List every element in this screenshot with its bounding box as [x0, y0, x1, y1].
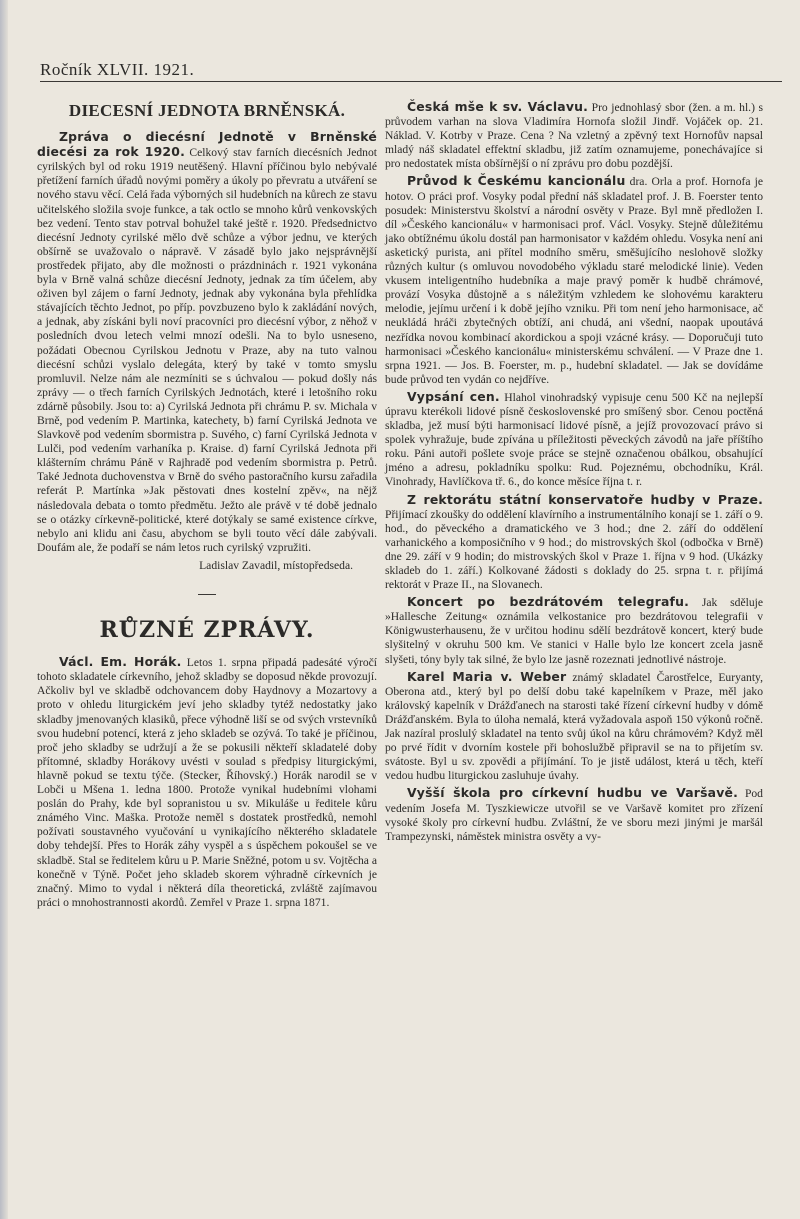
article-body: Hlahol vinohradský vypisuje cenu 500 Kč … — [385, 391, 763, 489]
article-vypsani-cen: Vypsání cen. Hlahol vinohradský vypisuje… — [385, 390, 763, 490]
article-signature: Ladislav Zavadil, místopředseda. — [37, 559, 377, 573]
article-body: Letos 1. srpna připadá padesáté výročí t… — [37, 656, 377, 909]
section-heading-diecesni-jednota: DIECESNÍ JEDNOTA BRNĚNSKÁ. — [37, 104, 377, 118]
article-konservator: Z rektorátu státní konservatoře hudby v … — [385, 493, 763, 593]
article-body: Přijímací zkoušky do oddělení klavírního… — [385, 508, 763, 591]
section-divider — [37, 587, 377, 601]
article-body: známý skladatel Čarostřelce, Euryanty, O… — [385, 671, 763, 783]
article-body: Celkový stav farních diecésních Jednot c… — [37, 146, 377, 554]
article-pruvod-kancional: Průvod k Českému kancionálu dra. Orla a … — [385, 174, 763, 386]
article-lead: Koncert po bezdrátovém telegrafu. — [407, 594, 689, 609]
article-body: dra. Orla a prof. Hornofa je hotov. O pr… — [385, 175, 763, 385]
article-horak: Václ. Em. Horák. Letos 1. srpna připadá … — [37, 655, 377, 910]
volume-title: Ročník XLVII. 1921. — [40, 60, 194, 79]
article-varsava: Vyšší škola pro církevní hudbu ve Varšav… — [385, 786, 763, 843]
article-ceska-mse: Česká mše k sv. Václavu. Pro jednohlasý … — [385, 100, 763, 171]
right-column: Česká mše k sv. Václavu. Pro jednohlasý … — [385, 100, 763, 847]
article-koncert-telegraf: Koncert po bezdrátovém telegrafu. Jak sd… — [385, 595, 763, 666]
article-lead: Vyšší škola pro církevní hudbu ve Varšav… — [407, 785, 738, 800]
article-lead: Václ. Em. Horák. — [59, 654, 182, 669]
article-lead: Vypsání cen. — [407, 389, 500, 404]
page-header: Ročník XLVII. 1921. — [40, 60, 785, 80]
article-lead: Z rektorátu státní konservatoře hudby v … — [407, 492, 763, 507]
header-rule — [40, 81, 782, 82]
article-weber: Karel Maria v. Weber známý skladatel Čar… — [385, 670, 763, 784]
article-diecesni-jednota: Zpráva o diecésní Jednotě v Brněnské die… — [37, 130, 377, 555]
scan-edge — [0, 0, 8, 1219]
left-column: DIECESNÍ JEDNOTA BRNĚNSKÁ. Zpráva o diec… — [37, 100, 377, 913]
article-lead: Česká mše k sv. Václavu. — [407, 99, 588, 114]
article-lead: Průvod k Českému kancionálu — [407, 173, 625, 188]
section-heading-ruzne-zpravy: RŮZNÉ ZPRÁVY. — [37, 623, 377, 637]
article-lead: Karel Maria v. Weber — [407, 669, 566, 684]
